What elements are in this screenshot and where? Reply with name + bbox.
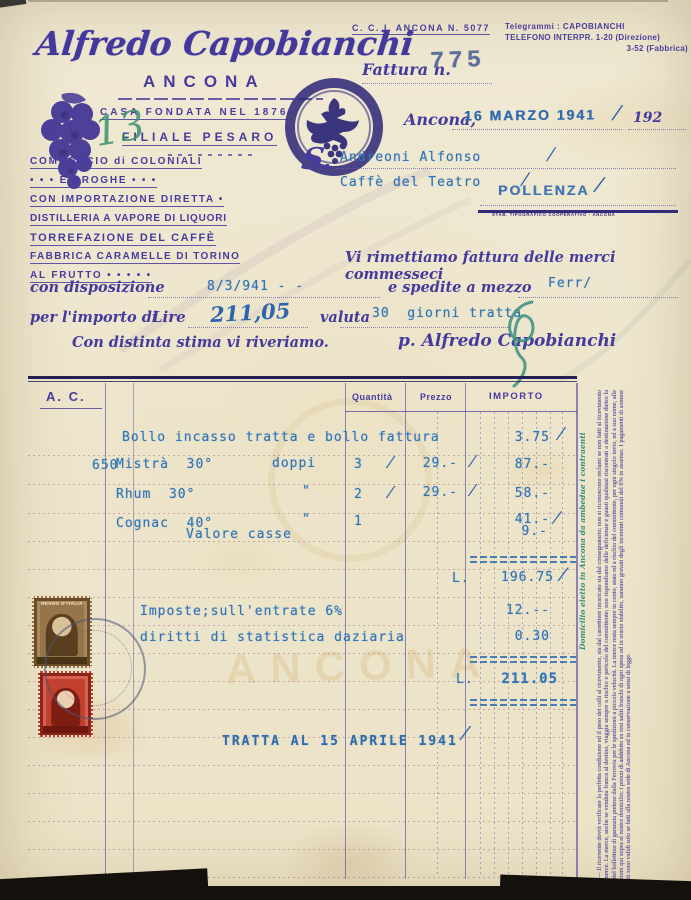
- table-row-price: 29.-: [414, 485, 458, 500]
- tratta-stamp: TRATTA AL 15 APRILE 1941: [222, 734, 458, 749]
- table-vdot: [480, 412, 481, 874]
- subtotal-label: L.: [452, 571, 470, 586]
- rule-dashed: [470, 699, 576, 701]
- table-top-border: [28, 376, 577, 379]
- rule-dashed: [470, 656, 576, 658]
- stamp-country-label: REGNO D'ITALIA: [41, 602, 83, 607]
- col-header-price: Prezzo: [420, 392, 452, 402]
- table-hline: [28, 541, 576, 542]
- table-vdot: [437, 412, 438, 874]
- table-hline: [28, 849, 576, 850]
- table-header-rule: [345, 411, 577, 412]
- rule-dashed: [470, 556, 576, 558]
- table-vdot: [562, 412, 563, 874]
- table-hline: [28, 793, 576, 794]
- table-row-qty: 2: [354, 487, 363, 502]
- table-row-amount: 9.-: [502, 524, 548, 539]
- table-top-border-2: [28, 381, 577, 382]
- table-row-desc: Rhum 30°: [116, 487, 195, 502]
- table-hline: [28, 765, 576, 766]
- rule-dashed: [470, 704, 576, 706]
- invoice-scan: Alfredo Capobianchi ANCONA CASA FONDATA …: [0, 0, 691, 900]
- stat-value: 0.30: [496, 629, 550, 644]
- col-header-qty: Quantità: [352, 392, 393, 402]
- subtotal-value: 196.75: [494, 570, 554, 585]
- rule-dashed: [470, 661, 576, 663]
- rule-dashed: [470, 561, 576, 563]
- col-header-ac: A. C.: [46, 389, 86, 404]
- table-row-amount: 58.-: [498, 486, 550, 501]
- domicile-clause: Domicilio eletto in Ancona da ambedue i …: [578, 432, 591, 650]
- table-vdot: [494, 412, 495, 874]
- table-row-desc: Mistrà 30°: [116, 457, 213, 472]
- fine-print: N. B. — Il ricevente dovrà verificare la…: [596, 390, 690, 894]
- total-value: 211.05: [498, 671, 558, 687]
- total-label: L.: [456, 672, 474, 687]
- table-row-amount: 3.75: [498, 430, 550, 445]
- table-row-qty: 1: [354, 514, 363, 529]
- table-vline: [465, 383, 466, 879]
- tax-value: 12.--: [496, 603, 550, 618]
- table-row-pack: ": [302, 484, 311, 499]
- table-row-pack: doppi: [272, 456, 316, 471]
- table-vdot: [550, 412, 551, 874]
- table-vline: [405, 383, 406, 879]
- stamp-bottom-band: [43, 726, 88, 733]
- table-row-amount: 87.-: [498, 457, 550, 472]
- scan-edge-top: [28, 0, 668, 2]
- table-hline: [28, 821, 576, 822]
- stat-label: diritti di statistica daziaria: [140, 630, 405, 645]
- table-row-desc: Valore casse: [186, 527, 292, 542]
- table-row-price: 29.-: [414, 456, 458, 471]
- table-row-qty: 3: [354, 457, 363, 472]
- col-header-ac-rule: [40, 408, 102, 409]
- table-row-desc: Bollo incasso tratta e bollo fattura: [122, 430, 440, 445]
- table-hline: [28, 597, 576, 598]
- table-row-ac: 650: [92, 458, 118, 473]
- tax-label: Imposte;sull'entrate 6%: [140, 604, 343, 619]
- postmark-inner-ring: [56, 630, 132, 706]
- table-row-pack: ": [302, 512, 311, 527]
- col-header-amount: IMPORTO: [489, 391, 544, 402]
